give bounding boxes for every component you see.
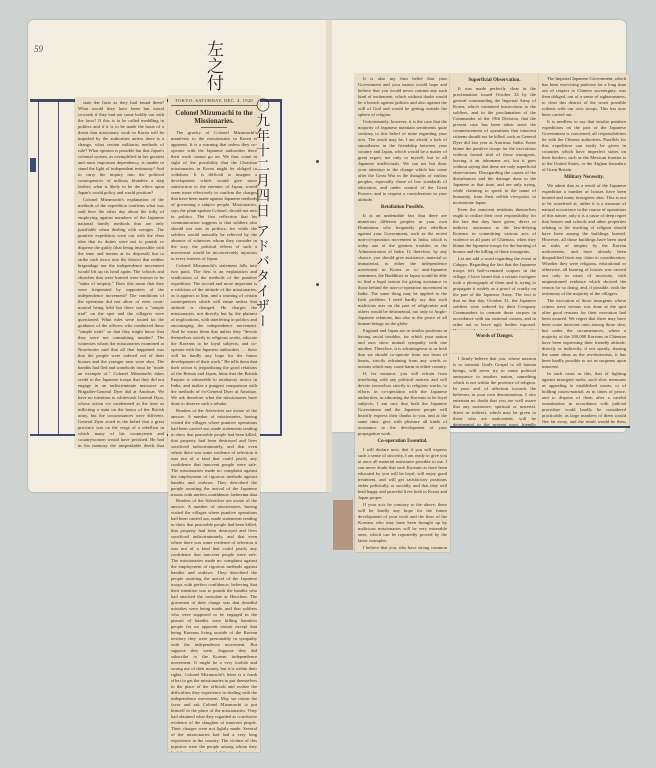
clipping-column-5: The Imperial Japanese Government, which … [539, 74, 629, 427]
clip-paragraph: If, for instance, you will refrain from … [358, 371, 447, 437]
article-headline: Colonel Mizumachi to the Missionaries. [171, 109, 257, 125]
page-spine [326, 20, 332, 492]
newspaper-dateline: TOKYO, SATURDAY, DEC. 4, 1920 [171, 98, 257, 106]
clip-paragraph: I will declare now, that if you will exp… [358, 447, 447, 501]
clip-paragraph: I firmly believe that you, whose mission… [453, 356, 536, 426]
clip-subhead: Military Necessity. [542, 175, 626, 181]
clip-paragraph: state the facts as they had found them? … [78, 100, 164, 196]
clipping-column-3: It is also my firm belief that your Gove… [355, 74, 450, 552]
clip-paragraph: The gravity of Colonel Mizumachi's manif… [171, 130, 257, 262]
clip-paragraph: Colonel Mizumachi's explanation of the m… [78, 197, 164, 448]
headline-rule [201, 127, 227, 128]
clip-paragraph: It is an undeniable fact that there are … [358, 213, 447, 327]
clip-paragraph: Unfortunately, however, it is the case t… [358, 119, 447, 203]
tape-stain [333, 500, 353, 550]
clip-subhead: Retaliation Possible. [358, 205, 447, 211]
page-number: 59 [34, 44, 43, 54]
clip-subhead: Superficial Observation. [453, 78, 536, 84]
clip-paragraph: Even the innocent residents themselves o… [453, 207, 536, 255]
ruled-line [58, 102, 59, 434]
clipping-column-4: Superficial Observation. It was made per… [450, 74, 539, 348]
clip-paragraph: In such cases as this, that of fighting … [542, 371, 626, 427]
clip-paragraph: It is needless to say that similar punit… [542, 119, 626, 173]
handwritten-note-side: 〇九年十二月四日 アドバタイザー [254, 98, 270, 328]
paper-spot [316, 160, 319, 163]
clip-subhead: Words of Danger. [453, 334, 536, 340]
clipping-column-4-c: I firmly believe that you, whose mission… [450, 354, 539, 426]
clip-paragraph: Readers of the Advertiser are aware of t… [171, 498, 257, 752]
ruled-line [38, 102, 39, 434]
clip-paragraph: It is also my firm belief that your Gove… [358, 76, 447, 118]
clip-paragraph: The execution of those insurgents whose … [542, 298, 626, 370]
clip-paragraph: It was made perfectly clear in the procl… [453, 86, 536, 206]
clip-paragraph: England and Japan are in similar positio… [358, 328, 447, 370]
clip-paragraph: If your acts be contrary to the above, t… [358, 502, 447, 544]
clip-paragraph: Readers of the Advertiser are aware of t… [171, 408, 257, 496]
clipping-column-2-continuation: Readers of the Advertiser are aware of t… [168, 496, 260, 752]
clip-paragraph: The Imperial Japanese Government, which … [542, 76, 626, 118]
paper-spot [316, 283, 319, 286]
clipping-column-2: TOKYO, SATURDAY, DEC. 4, 1920 Colonel Mi… [168, 96, 260, 496]
clip-paragraph: We admit that as a result of the Japanes… [542, 183, 626, 297]
clip-paragraph: Colonel Mizumachi's statement falls into… [171, 263, 257, 407]
index-tab-mark [30, 158, 36, 172]
clipping-column-1: state the facts as they had found them? … [75, 98, 167, 448]
ruled-line-bottom [450, 426, 630, 428]
clip-subhead: Co-operation Essential. [358, 439, 447, 445]
clip-paragraph: I believe that you, who have strong comm… [358, 545, 447, 552]
clipping-column-4-b: Words of Danger. [450, 330, 539, 354]
